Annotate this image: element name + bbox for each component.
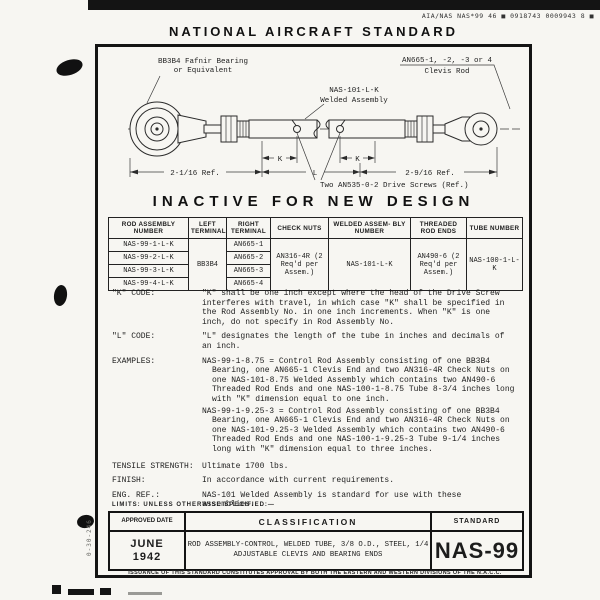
classification-header: CLASSIFICATION [185, 512, 431, 531]
scanned-document-page: AIA/NAS NAS*99 46 ■ 0918743 0009943 8 ■ … [0, 0, 600, 600]
finish-text: In accordance with current requirements. [202, 476, 518, 486]
approved-month: JUNE [110, 538, 184, 551]
finish-section: FINISH: In accordance with current requi… [112, 476, 518, 486]
rod-number-cell: NAS-99-3-L-K [109, 265, 189, 278]
example-2: NAS-99-1-9.25-3 = Control Rod Assembly c… [202, 407, 518, 455]
approved-year: 1942 [110, 551, 184, 564]
document-frame: BB3B4 Fafnir Bearing or Equivalent AN665… [95, 44, 532, 578]
dim-left-label: 2-1/16 Ref. [170, 170, 220, 178]
check-nuts-cell: AN316-4R (2 Req'd per Assem.) [271, 239, 329, 291]
col-header-threaded-rod-ends: THREADED ROD ENDS [411, 218, 467, 239]
k-dim-right-label: K [355, 156, 360, 164]
example-1: NAS-99-1-8.75 = Control Rod Assembly con… [202, 357, 518, 405]
left-terminal-cell: BB3B4 [189, 239, 227, 291]
k-code-section: "K" CODE: "K" shall be one inch except w… [112, 289, 518, 327]
k-code-label: "K" CODE: [112, 289, 202, 327]
col-header-right-terminal: RIGHT TERMINAL [227, 218, 271, 239]
k-dimension-right: K [340, 136, 375, 164]
k-dim-left-label: K [278, 156, 283, 164]
classification-value: ROD ASSEMBLY-CONTROL, WELDED TUBE, 3/8 O… [185, 531, 431, 570]
title-block: APPROVED DATE CLASSIFICATION STANDARD JU… [108, 511, 524, 571]
tensile-section: TENSILE STRENGTH: Ultimate 1700 lbs. [112, 462, 518, 472]
scan-header-code: AIA/NAS NAS*99 46 ■ 0918743 0009943 8 ■ [250, 12, 594, 20]
right-terminal-cell: AN665-3 [227, 265, 271, 278]
table-header-row: ROD ASSEMBLY NUMBER LEFT TERMINAL RIGHT … [109, 218, 523, 239]
rod-number-cell: NAS-99-2-L-K [109, 252, 189, 265]
bearing-end [130, 102, 206, 156]
tensile-label: TENSILE STRENGTH: [112, 462, 202, 472]
leader-line-welded [305, 104, 324, 119]
threaded-rod-ends-cell: AN490-6 (2 Req'd per Assem.) [411, 239, 467, 291]
right-terminal-cell: AN665-2 [227, 252, 271, 265]
welded-callout-line1: NAS-101-L-K [329, 87, 379, 95]
dim-center-label: L [313, 170, 318, 178]
col-header-check-nuts: CHECK NUTS [271, 218, 329, 239]
title-block-value-row: JUNE 1942 ROD ASSEMBLY-CONTROL, WELDED T… [109, 531, 523, 570]
tube-number-cell: NAS-100-1-L-K [467, 239, 523, 291]
title-block-header-row: APPROVED DATE CLASSIFICATION STANDARD [109, 512, 523, 531]
ink-blot [53, 284, 69, 307]
scan-smudge [128, 592, 162, 595]
dim-right-label: 2-9/16 Ref. [405, 170, 455, 178]
scan-mark [52, 585, 61, 594]
clevis-callout-line1: AN665-1, -2, -3 or 4 [402, 57, 493, 65]
inactive-banner: INACTIVE FOR NEW DESIGN [98, 193, 529, 210]
ink-blot [54, 56, 84, 79]
margin-note: 0-30-246 [86, 519, 93, 556]
leader-line-screw [321, 133, 340, 180]
examples-label: EXAMPLES: [112, 357, 202, 457]
scan-mark [100, 588, 111, 595]
l-code-text: "L" designates the length of the tube in… [202, 332, 518, 351]
bearing-callout-line1: BB3B4 Fafnir Bearing [158, 58, 248, 66]
scan-mark [68, 589, 94, 595]
overall-dimension: 2-1/16 Ref. L 2-9/16 Ref. [130, 147, 497, 178]
scan-top-black-bar [88, 0, 600, 10]
examples-section: EXAMPLES: NAS-99-1-8.75 = Control Rod As… [112, 357, 518, 457]
col-header-rod-assembly: ROD ASSEMBLY NUMBER [109, 218, 189, 239]
rod-assembly-drawing: BB3B4 Fafnir Bearing or Equivalent AN665… [100, 51, 531, 191]
right-terminal-cell: AN665-1 [227, 239, 271, 252]
bearing-callout-line2: or Equivalent [174, 67, 233, 75]
welded-assembly-cell: NAS-101-L-K [329, 239, 411, 291]
clevis-end [445, 113, 497, 145]
leader-line-bearing [147, 76, 160, 103]
l-code-label: "L" CODE: [112, 332, 202, 351]
limits-note: LIMITS: UNLESS OTHERWISE SPECIFIED:— [112, 502, 275, 508]
rod-assembly-table: ROD ASSEMBLY NUMBER LEFT TERMINAL RIGHT … [108, 217, 523, 291]
col-header-welded-assembly: WELDED ASSEM- BLY NUMBER [329, 218, 411, 239]
col-header-left-terminal: LEFT TERMINAL [189, 218, 227, 239]
examples-text: NAS-99-1-8.75 = Control Rod Assembly con… [202, 357, 518, 457]
col-header-tube-number: TUBE NUMBER [467, 218, 523, 239]
l-code-section: "L" CODE: "L" designates the length of t… [112, 332, 518, 351]
welded-callout-line2: Welded Assembly [320, 97, 388, 105]
standard-number: NAS-99 [431, 531, 523, 570]
page-title: NATIONAL AIRCRAFT STANDARD [95, 24, 532, 39]
standard-header: STANDARD [431, 512, 523, 531]
tensile-text: Ultimate 1700 lbs. [202, 462, 518, 472]
k-dimension-left: K [262, 136, 297, 164]
drive-screws-note: Two AN535-0-2 Drive Screws (Ref.) [320, 182, 469, 190]
clevis-callout-line2: Clevis Rod [424, 68, 469, 76]
footer-approval-note: ISSUANCE OF THIS STANDARD CONSTITUTES AP… [106, 570, 524, 576]
rod-assembly-svg: BB3B4 Fafnir Bearing or Equivalent AN665… [100, 51, 531, 191]
k-code-text: "K" shall be one inch except where the h… [202, 289, 518, 327]
notes-sections: "K" CODE: "K" shall be one inch except w… [112, 289, 518, 515]
approved-date-header: APPROVED DATE [109, 512, 185, 531]
approved-date-value: JUNE 1942 [109, 531, 185, 570]
finish-label: FINISH: [112, 476, 202, 486]
table-row: NAS-99-1-L-K BB3B4 AN665-1 AN316-4R (2 R… [109, 239, 523, 252]
rod-number-cell: NAS-99-1-L-K [109, 239, 189, 252]
